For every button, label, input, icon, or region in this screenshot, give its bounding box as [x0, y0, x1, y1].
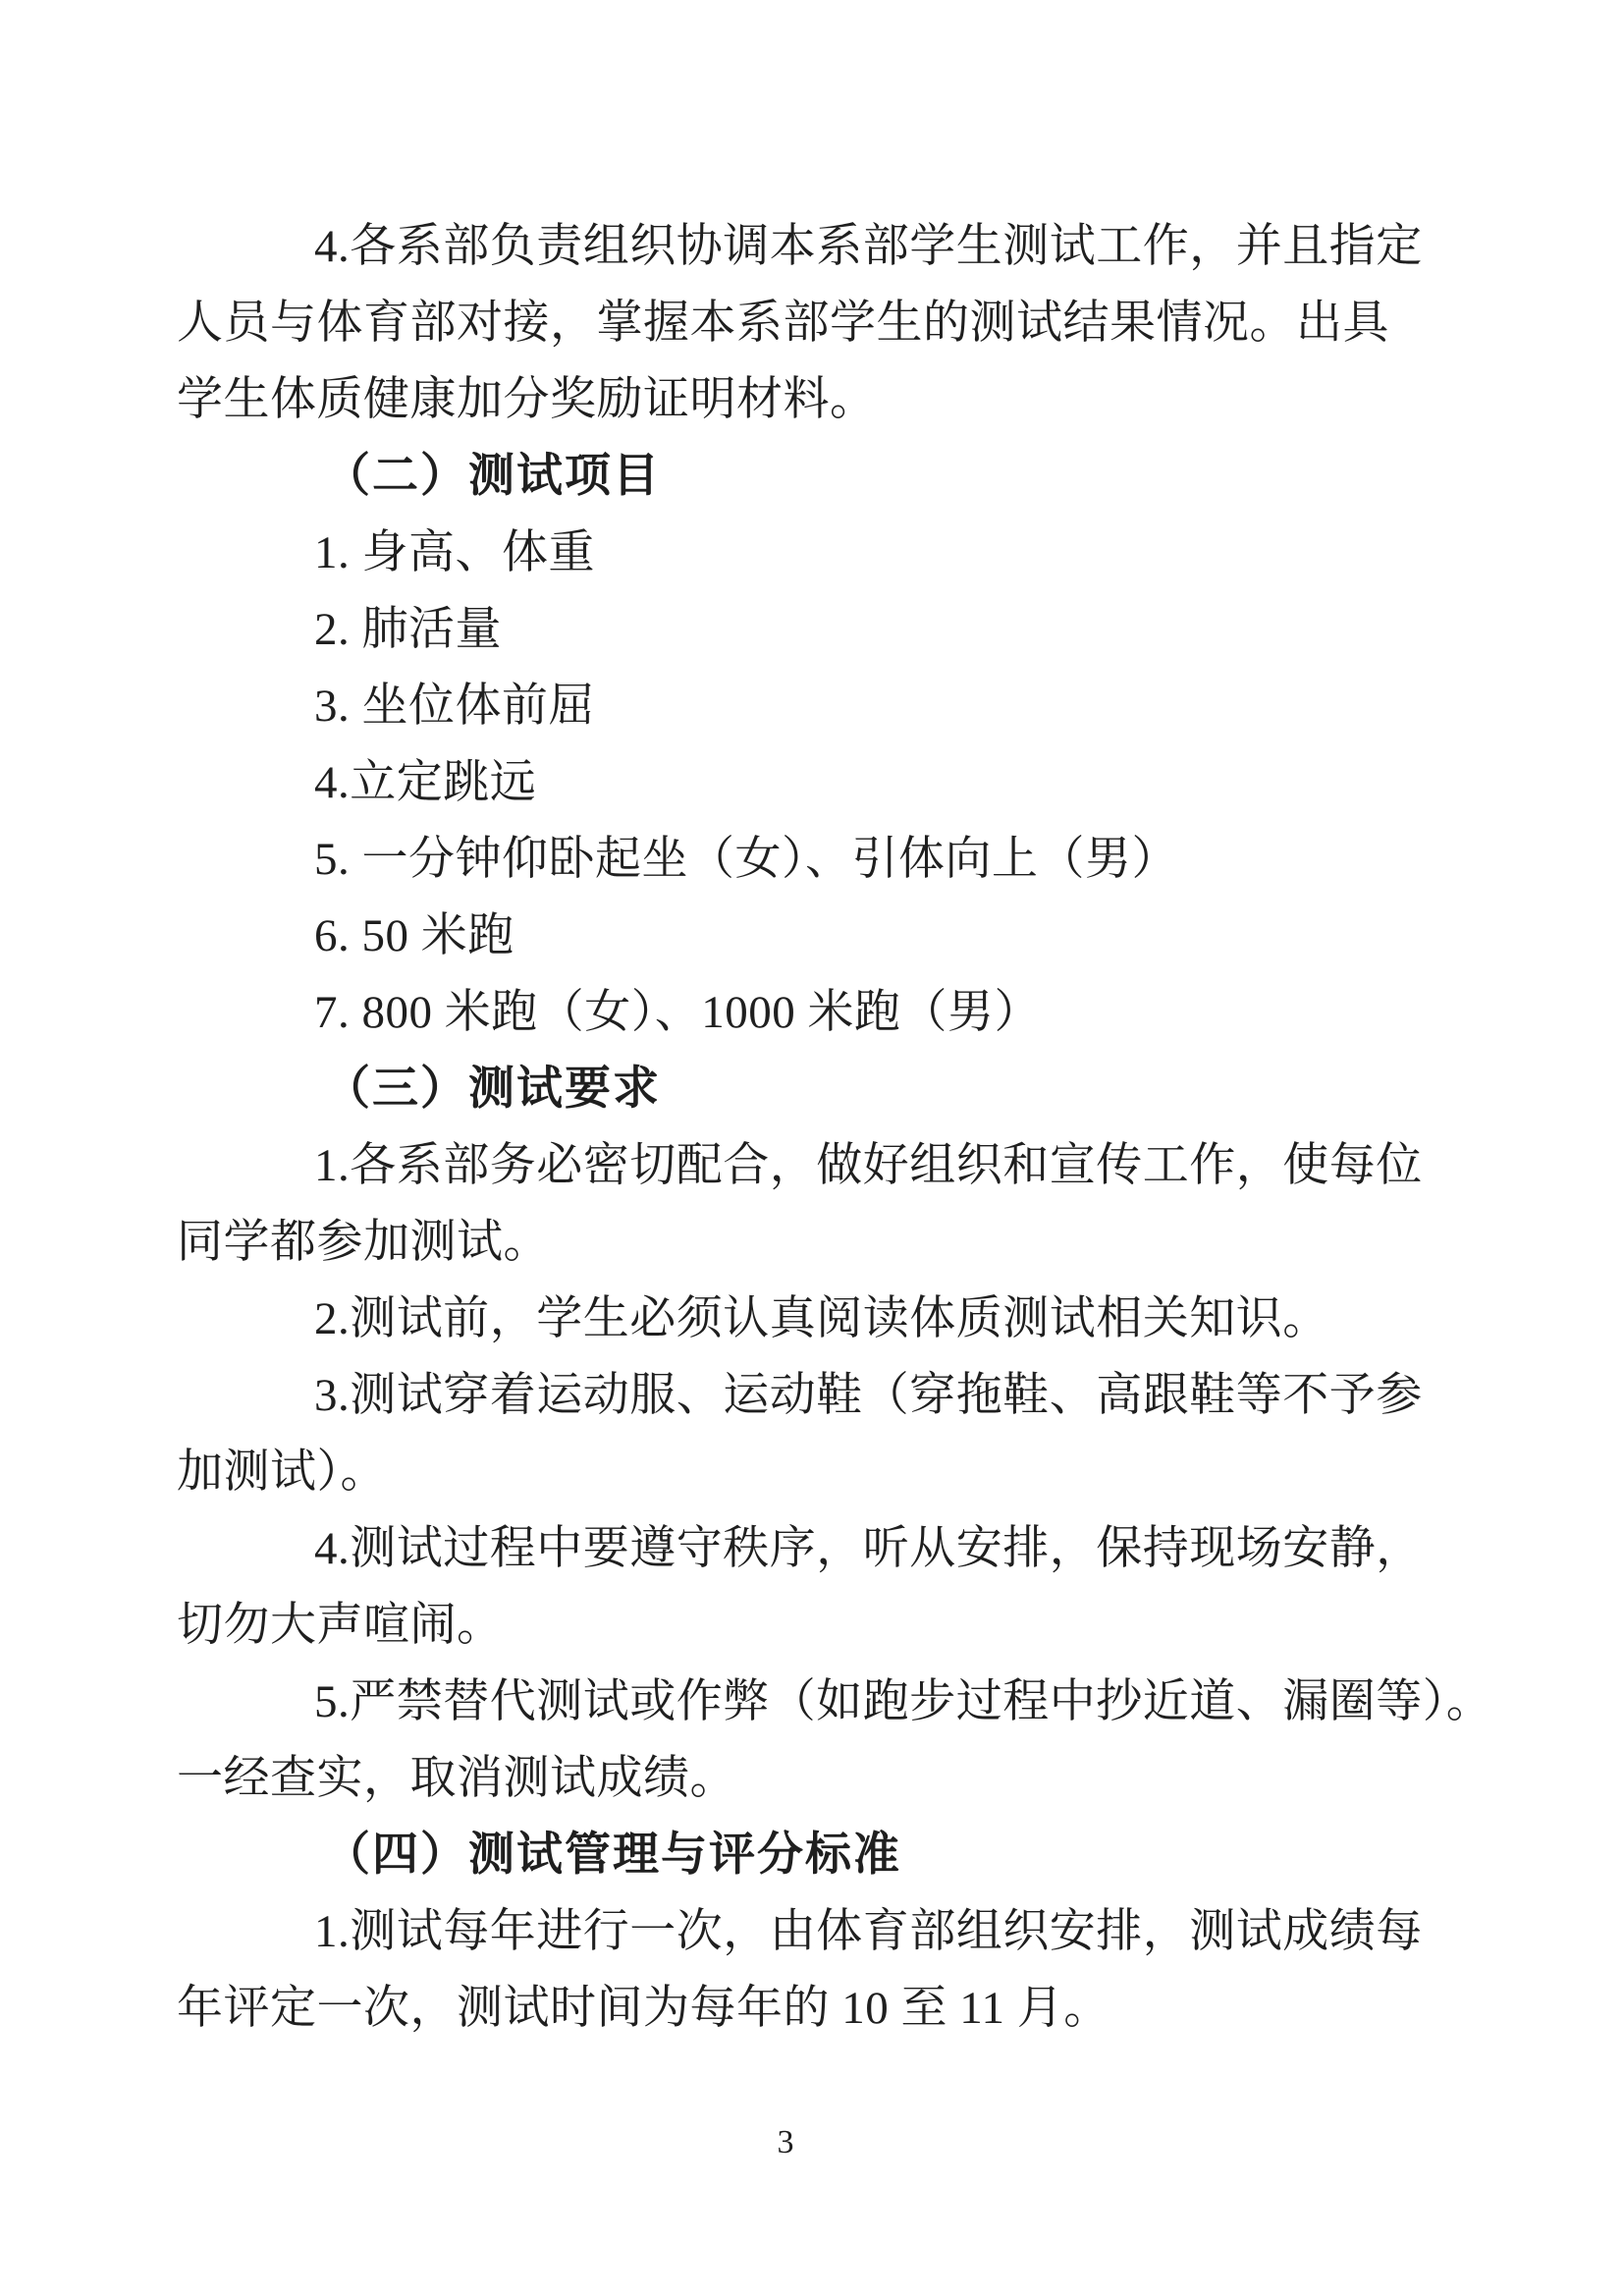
text-line: 1. 身高、体重: [177, 515, 1384, 591]
text-line: 切勿大声喧闹。: [177, 1587, 1384, 1664]
text-line: 5.严禁替代测试或作弊（如跑步过程中抄近道、漏圈等）。: [177, 1664, 1384, 1740]
text-line: 同学都参加测试。: [177, 1204, 1384, 1281]
text-line: 1.各系部务必密切配合，做好组织和宣传工作，使每位: [177, 1127, 1384, 1204]
text-line: 2.测试前，学生必须认真阅读体质测试相关知识。: [177, 1281, 1384, 1357]
text-line: 3.测试穿着运动服、运动鞋（穿拖鞋、高跟鞋等不予参: [177, 1357, 1384, 1434]
section-heading: （三）测试要求: [177, 1051, 1384, 1127]
text-line: 年评定一次，测试时间为每年的 10 至 11 月。: [177, 1970, 1384, 2047]
document-page: 4.各系部负责组织协调本系部学生测试工作，并且指定人员与体育部对接，掌握本系部学…: [0, 0, 1623, 2296]
text-line: 5. 一分钟仰卧起坐（女）、引体向上（男）: [177, 821, 1384, 898]
text-line: 7. 800 米跑（女）、1000 米跑（男）: [177, 974, 1384, 1051]
text-line: 1.测试每年进行一次，由体育部组织安排，测试成绩每: [177, 1893, 1384, 1970]
text-block: 4.各系部负责组织协调本系部学生测试工作，并且指定人员与体育部对接，掌握本系部学…: [177, 208, 1384, 2047]
text-line: 加测试）。: [177, 1434, 1384, 1510]
text-line: 3. 坐位体前屈: [177, 668, 1384, 744]
page-number: 3: [0, 2123, 1571, 2162]
text-line: 4.测试过程中要遵守秩序，听从安排，保持现场安静，: [177, 1510, 1384, 1587]
section-heading: （二）测试项目: [177, 438, 1384, 515]
text-line: 学生体质健康加分奖励证明材料。: [177, 361, 1384, 438]
text-line: 一经查实，取消测试成绩。: [177, 1740, 1384, 1817]
text-line: 6. 50 米跑: [177, 898, 1384, 974]
section-heading: （四）测试管理与评分标准: [177, 1817, 1384, 1893]
text-line: 4.各系部负责组织协调本系部学生测试工作，并且指定: [177, 208, 1384, 285]
text-line: 2. 肺活量: [177, 591, 1384, 668]
text-line: 4.立定跳远: [177, 744, 1384, 821]
text-line: 人员与体育部对接，掌握本系部学生的测试结果情况。出具: [177, 285, 1384, 361]
